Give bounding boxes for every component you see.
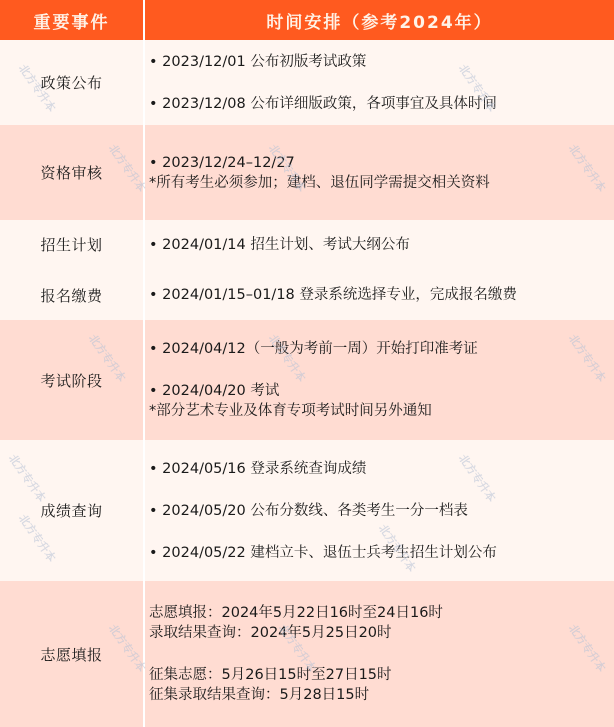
schedule-line: 征集志愿：5月26日15时至27日15时 (149, 665, 614, 685)
schedule-line: • 2023/12/08 公布详细版政策，各项事宜及具体时间 (149, 94, 614, 114)
schedule-note: *所有考生必须参加；建档、退伍同学需提交相关资料 (149, 173, 614, 193)
event-label: 考试阶段 (40, 370, 102, 391)
schedule-line: • 2024/05/16 登录系统查询成绩 (149, 459, 614, 479)
table-row-qualification: 资格审核 • 2023/12/24–12/27 *所有考生必须参加；建档、退伍同… (0, 125, 614, 220)
event-label: 志愿填报 (40, 644, 102, 665)
schedule-line: • 2024/05/20 公布分数线、各类考生一分一档表 (149, 501, 614, 521)
table-row-exam: 考试阶段 • 2024/04/12（一般为考前一周）开始打印准考证 • 2024… (0, 320, 614, 440)
table-header: 重要事件 时间安排（参考2024年） (0, 0, 614, 40)
schedule-line: 征集录取结果查询：5月28日15时 (149, 685, 614, 705)
header-event-column: 重要事件 (0, 0, 145, 40)
schedule-line: 录取结果查询：2024年5月25日20时 (149, 623, 614, 643)
table-row-application: 志愿填报 志愿填报：2024年5月22日16时至24日16时 录取结果查询：20… (0, 581, 614, 727)
schedule-line: 志愿填报：2024年5月22日16时至24日16时 (149, 603, 614, 623)
schedule-line: • 2023/12/24–12/27 (149, 153, 614, 173)
schedule-table: 重要事件 时间安排（参考2024年） 政策公布 • 2023/12/01 公布初… (0, 0, 614, 727)
schedule-line: • 2024/05/22 建档立卡、退伍士兵考生招生计划公布 (149, 543, 614, 563)
event-label: 成绩查询 (40, 500, 102, 521)
event-label: 招生计划 (40, 234, 102, 255)
event-label: 资格审核 (40, 162, 102, 183)
schedule-line: • 2024/04/20 考试 (149, 381, 614, 401)
schedule-line: • 2024/01/14 招生计划、考试大纲公布 (149, 235, 614, 255)
schedule-note: *部分艺术专业及体育专项考试时间另外通知 (149, 401, 614, 421)
schedule-line: • 2023/12/01 公布初版考试政策 (149, 52, 614, 72)
schedule-line: • 2024/04/12（一般为考前一周）开始打印准考证 (149, 339, 614, 359)
event-label: 报名缴费 (40, 285, 102, 306)
table-row-scores: 成绩查询 • 2024/05/16 登录系统查询成绩 • 2024/05/20 … (0, 440, 614, 581)
table-row-policy: 政策公布 • 2023/12/01 公布初版考试政策 • 2023/12/08 … (0, 40, 614, 125)
header-schedule-column: 时间安排（参考2024年） (145, 0, 614, 40)
schedule-line: • 2024/01/15–01/18 登录系统选择专业，完成报名缴费 (149, 285, 614, 305)
table-row-plan-registration: 招生计划 报名缴费 • 2024/01/14 招生计划、考试大纲公布 • 202… (0, 220, 614, 320)
event-label: 政策公布 (40, 72, 102, 93)
